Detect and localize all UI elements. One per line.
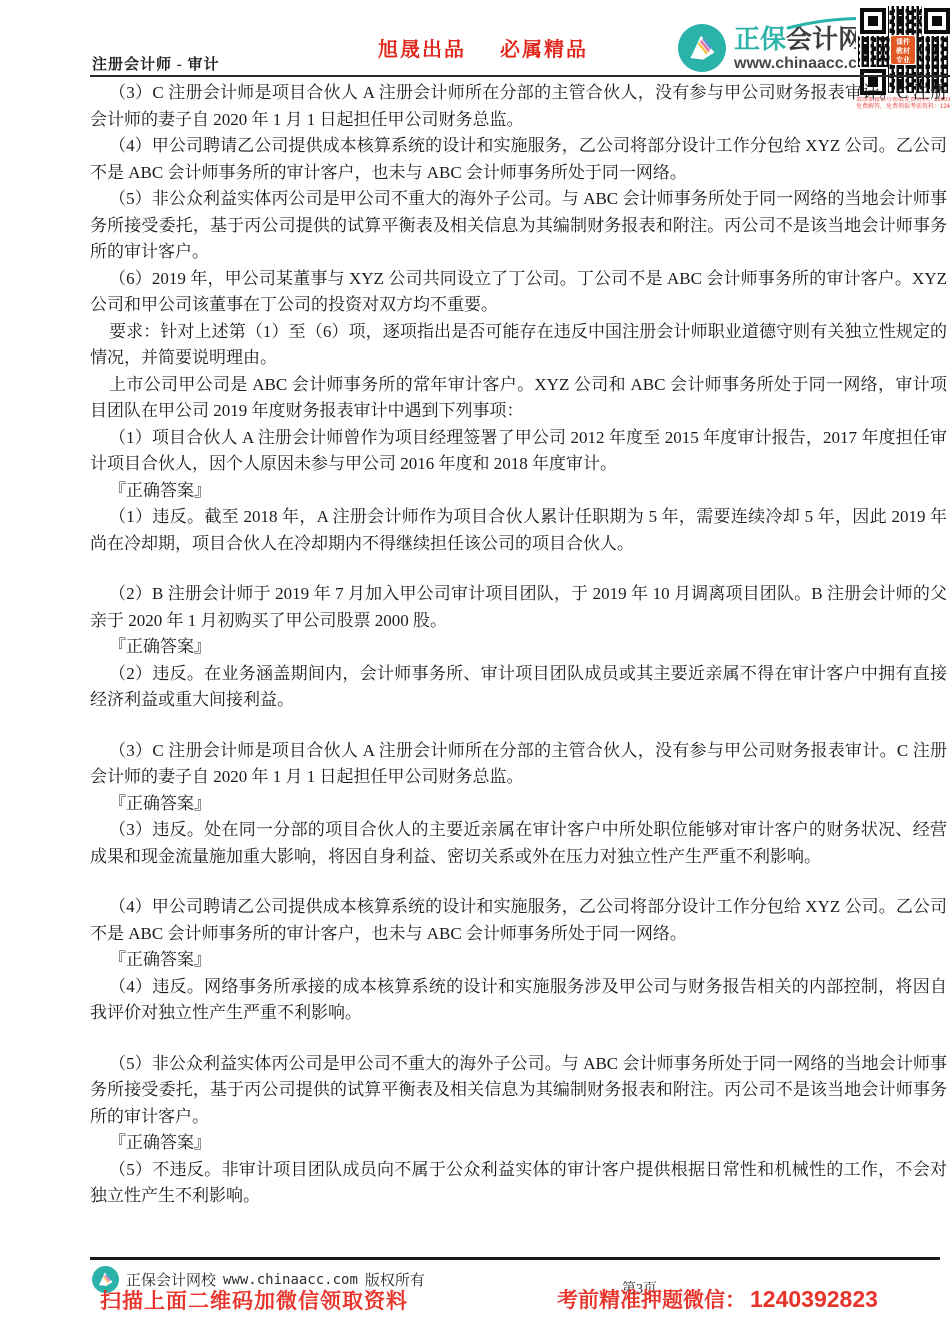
header-slogan-left: 旭晟出品 xyxy=(378,33,466,62)
question-paragraph-5-repeat: （5）非公众利益实体丙公司是甲公司不重大的海外子公司。与 ABC 会计师事务所处… xyxy=(90,1051,947,1131)
brand-name-teal: 正保 xyxy=(734,24,786,54)
answer-paragraph-5: （5）不违反。非审计项目团队成员向不属于公众利益实体的审计客户提供根据日常性和机… xyxy=(90,1157,947,1210)
footer-divider xyxy=(90,1257,940,1260)
answer-paragraph-3: （3）违反。处在同一分部的项目合伙人的主要近亲属在审计客户中所处职位能够对审计客… xyxy=(90,817,947,870)
question-paragraph-2: （2）B 注册会计师于 2019 年 7 月加入甲公司审计项目团队，于 2019… xyxy=(90,581,947,634)
document-body: （3）C 注册会计师是项目合伙人 A 注册会计师所在分部的主管合伙人，没有参与甲… xyxy=(90,80,947,1210)
answer-label: 『正确答案』 xyxy=(90,791,947,818)
answer-label: 『正确答案』 xyxy=(90,634,947,661)
header-slogan-right: 必属精品 xyxy=(500,33,588,62)
answer-label: 『正确答案』 xyxy=(90,478,947,505)
question-paragraph-5: （5）非公众利益实体丙公司是甲公司不重大的海外子公司。与 ABC 会计师事务所处… xyxy=(90,186,947,266)
requirement-paragraph: 要求：针对上述第（1）至（6）项，逐项指出是否可能存在违反中国注册会计师职业道德… xyxy=(90,319,947,372)
question-paragraph-1: （1）项目合伙人 A 注册会计师曾作为项目经理签署了甲公司 2012 年度至 2… xyxy=(90,425,947,478)
wechat-tip: 考前精准押题微信：1240392823 xyxy=(557,1284,878,1314)
answer-paragraph-1: （1）违反。截至 2018 年，A 注册会计师作为项目合伙人累计任职期为 5 年… xyxy=(90,504,947,557)
answer-label: 『正确答案』 xyxy=(90,947,947,974)
intro-paragraph: 上市公司甲公司是 ABC 会计师事务所的常年审计客户。XYZ 公司和 ABC 会… xyxy=(90,372,947,425)
question-paragraph-3-repeat: （3）C 注册会计师是项目合伙人 A 注册会计师所在分部的主管合伙人，没有参与甲… xyxy=(90,738,947,791)
answer-paragraph-2: （2）违反。在业务涵盖期间内，会计师事务所、审计项目团队成员或其主要近亲属不得在… xyxy=(90,661,947,714)
wechat-number: 1240392823 xyxy=(750,1286,878,1312)
wechat-tip-label: 考前精准押题微信： xyxy=(557,1288,746,1312)
chinaacc-logo-icon xyxy=(678,24,726,72)
question-paragraph-3: （3）C 注册会计师是项目合伙人 A 注册会计师所在分部的主管合伙人，没有参与甲… xyxy=(90,80,947,133)
qr-position-marker xyxy=(924,8,950,34)
page-footer: 正保会计网校 www.chinaacc.com 版权所有 扫描上面二维码加微信领… xyxy=(0,1244,950,1344)
qr-center-badge: 课件 教材 专业 xyxy=(890,35,916,65)
scan-tip: 扫描上面二维码加微信领取资料 xyxy=(100,1285,408,1315)
page-cut-fade xyxy=(0,1220,950,1246)
doc-title: 注册会计师 - 审计 xyxy=(92,53,220,74)
document-page: 旭晟出品 必属精品 正保会计网校 www.chinaacc.com 课件 教 xyxy=(0,0,950,1344)
question-paragraph-4-repeat: （4）甲公司聘请乙公司提供成本核算系统的设计和实施服务，乙公司将部分设计工作分包… xyxy=(90,894,947,947)
qr-position-marker xyxy=(860,8,886,34)
question-paragraph-4: （4）甲公司聘请乙公司提供成本核算系统的设计和实施服务，乙公司将部分设计工作分包… xyxy=(90,133,947,186)
answer-paragraph-4: （4）违反。网络事务所承接的成本核算系统的设计和实施服务涉及甲公司与财务报告相关… xyxy=(90,974,947,1027)
header-divider xyxy=(90,75,950,77)
question-paragraph-6: （6）2019 年，甲公司某董事与 XYZ 公司共同设立了丁公司。丁公司不是 A… xyxy=(90,266,947,319)
answer-label: 『正确答案』 xyxy=(90,1130,947,1157)
